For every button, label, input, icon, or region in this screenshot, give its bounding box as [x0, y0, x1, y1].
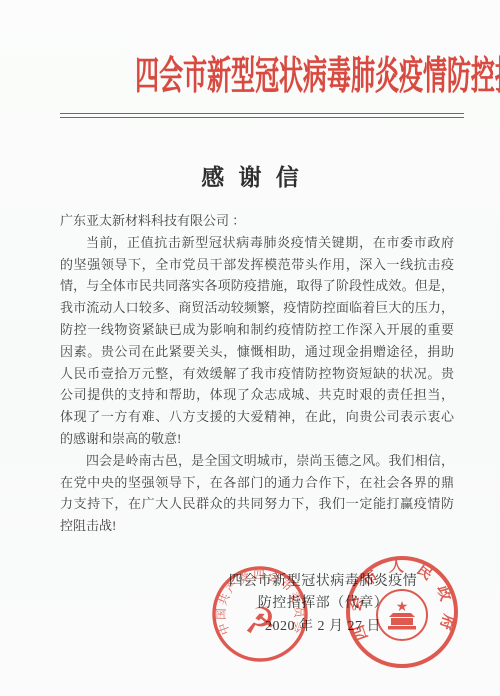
letterhead-divider [60, 113, 464, 118]
star-icon: ★ [396, 599, 409, 615]
paragraph1-line2: 的坚强领导下，全市党员干部发挥模范带头作用，深入一线抗击疫 [60, 254, 454, 276]
paragraph1-line3: 情，与全体市民共同落实各项防疫措施，取得了阶段性成效。但是， [60, 275, 454, 297]
paragraph2-line1: 四会是岭南古邑，是全国文明城市，崇尚玉德之风。我们相信， [60, 450, 454, 472]
paragraph1-line5: 防控一线物资紧缺已成为影响和制约疫情防控工作深入开展的重要 [60, 319, 454, 341]
paragraph2-line2: 在党中央的坚强领导下，在各部门的通力合作下，在社会各界的鼎 [60, 472, 454, 494]
letterhead: 四会市新型冠状病毒肺炎疫情防控指挥部 [0, 55, 500, 99]
salutation: 广东亚太新材料科技有限公司 ： [60, 210, 454, 232]
paragraph1-line1: 当前，正值抗击新型冠状病毒肺炎疫情关键期，在市委市政府 [60, 232, 454, 254]
letter-page: 四会市新型冠状病毒肺炎疫情防控指挥部 感谢信 广东亚太新材料科技有限公司 ： 当… [0, 0, 500, 696]
paragraph1-line4: 我市流动人口较多、商贸活动较频繁，疫情防控面临着巨大的压力， [60, 297, 454, 319]
letterhead-org-name: 四会市新型冠状病毒肺炎疫情防控指挥部 [135, 55, 500, 99]
letter-title: 感谢信 [0, 159, 500, 192]
paragraph1-line9: 体现了一方有难、八方支援的大爱精神，在此，向贵公司表示衷心 [60, 406, 454, 428]
paragraph1-line6: 因素。贵公司在此紧要关头，慷慨相助，通过现金捐赠途径，捐助 [60, 341, 454, 363]
paragraph1-line8: 公司提供的支持和帮助，体现了众志成城、共克时艰的责任担当， [60, 384, 454, 406]
paragraph2-line3: 力支持下，在广大人民群众的共同努力下，我们一定能打赢疫情防 [60, 493, 454, 515]
paragraph1-line7: 人民币壹拾万元整，有效缓解了我市疫情防控物资短缺的状况。贵 [60, 363, 454, 385]
paragraph2-line4: 控阻击战! [60, 515, 454, 537]
hammer-and-sickle-icon: ☭ [244, 601, 276, 642]
government-seal: 四会市人民政府 ★ [343, 553, 461, 671]
paragraph1-line10: 的感谢和崇高的敬意! [60, 428, 454, 450]
letter-body: 广东亚太新材料科技有限公司 ： 当前，正值抗击新型冠状病毒肺炎疫情关键期，在市委… [60, 210, 454, 537]
party-committee-seal: 中国共产党四会市委员会 ☭ [210, 564, 310, 664]
national-emblem-icon: ★ [377, 590, 427, 640]
